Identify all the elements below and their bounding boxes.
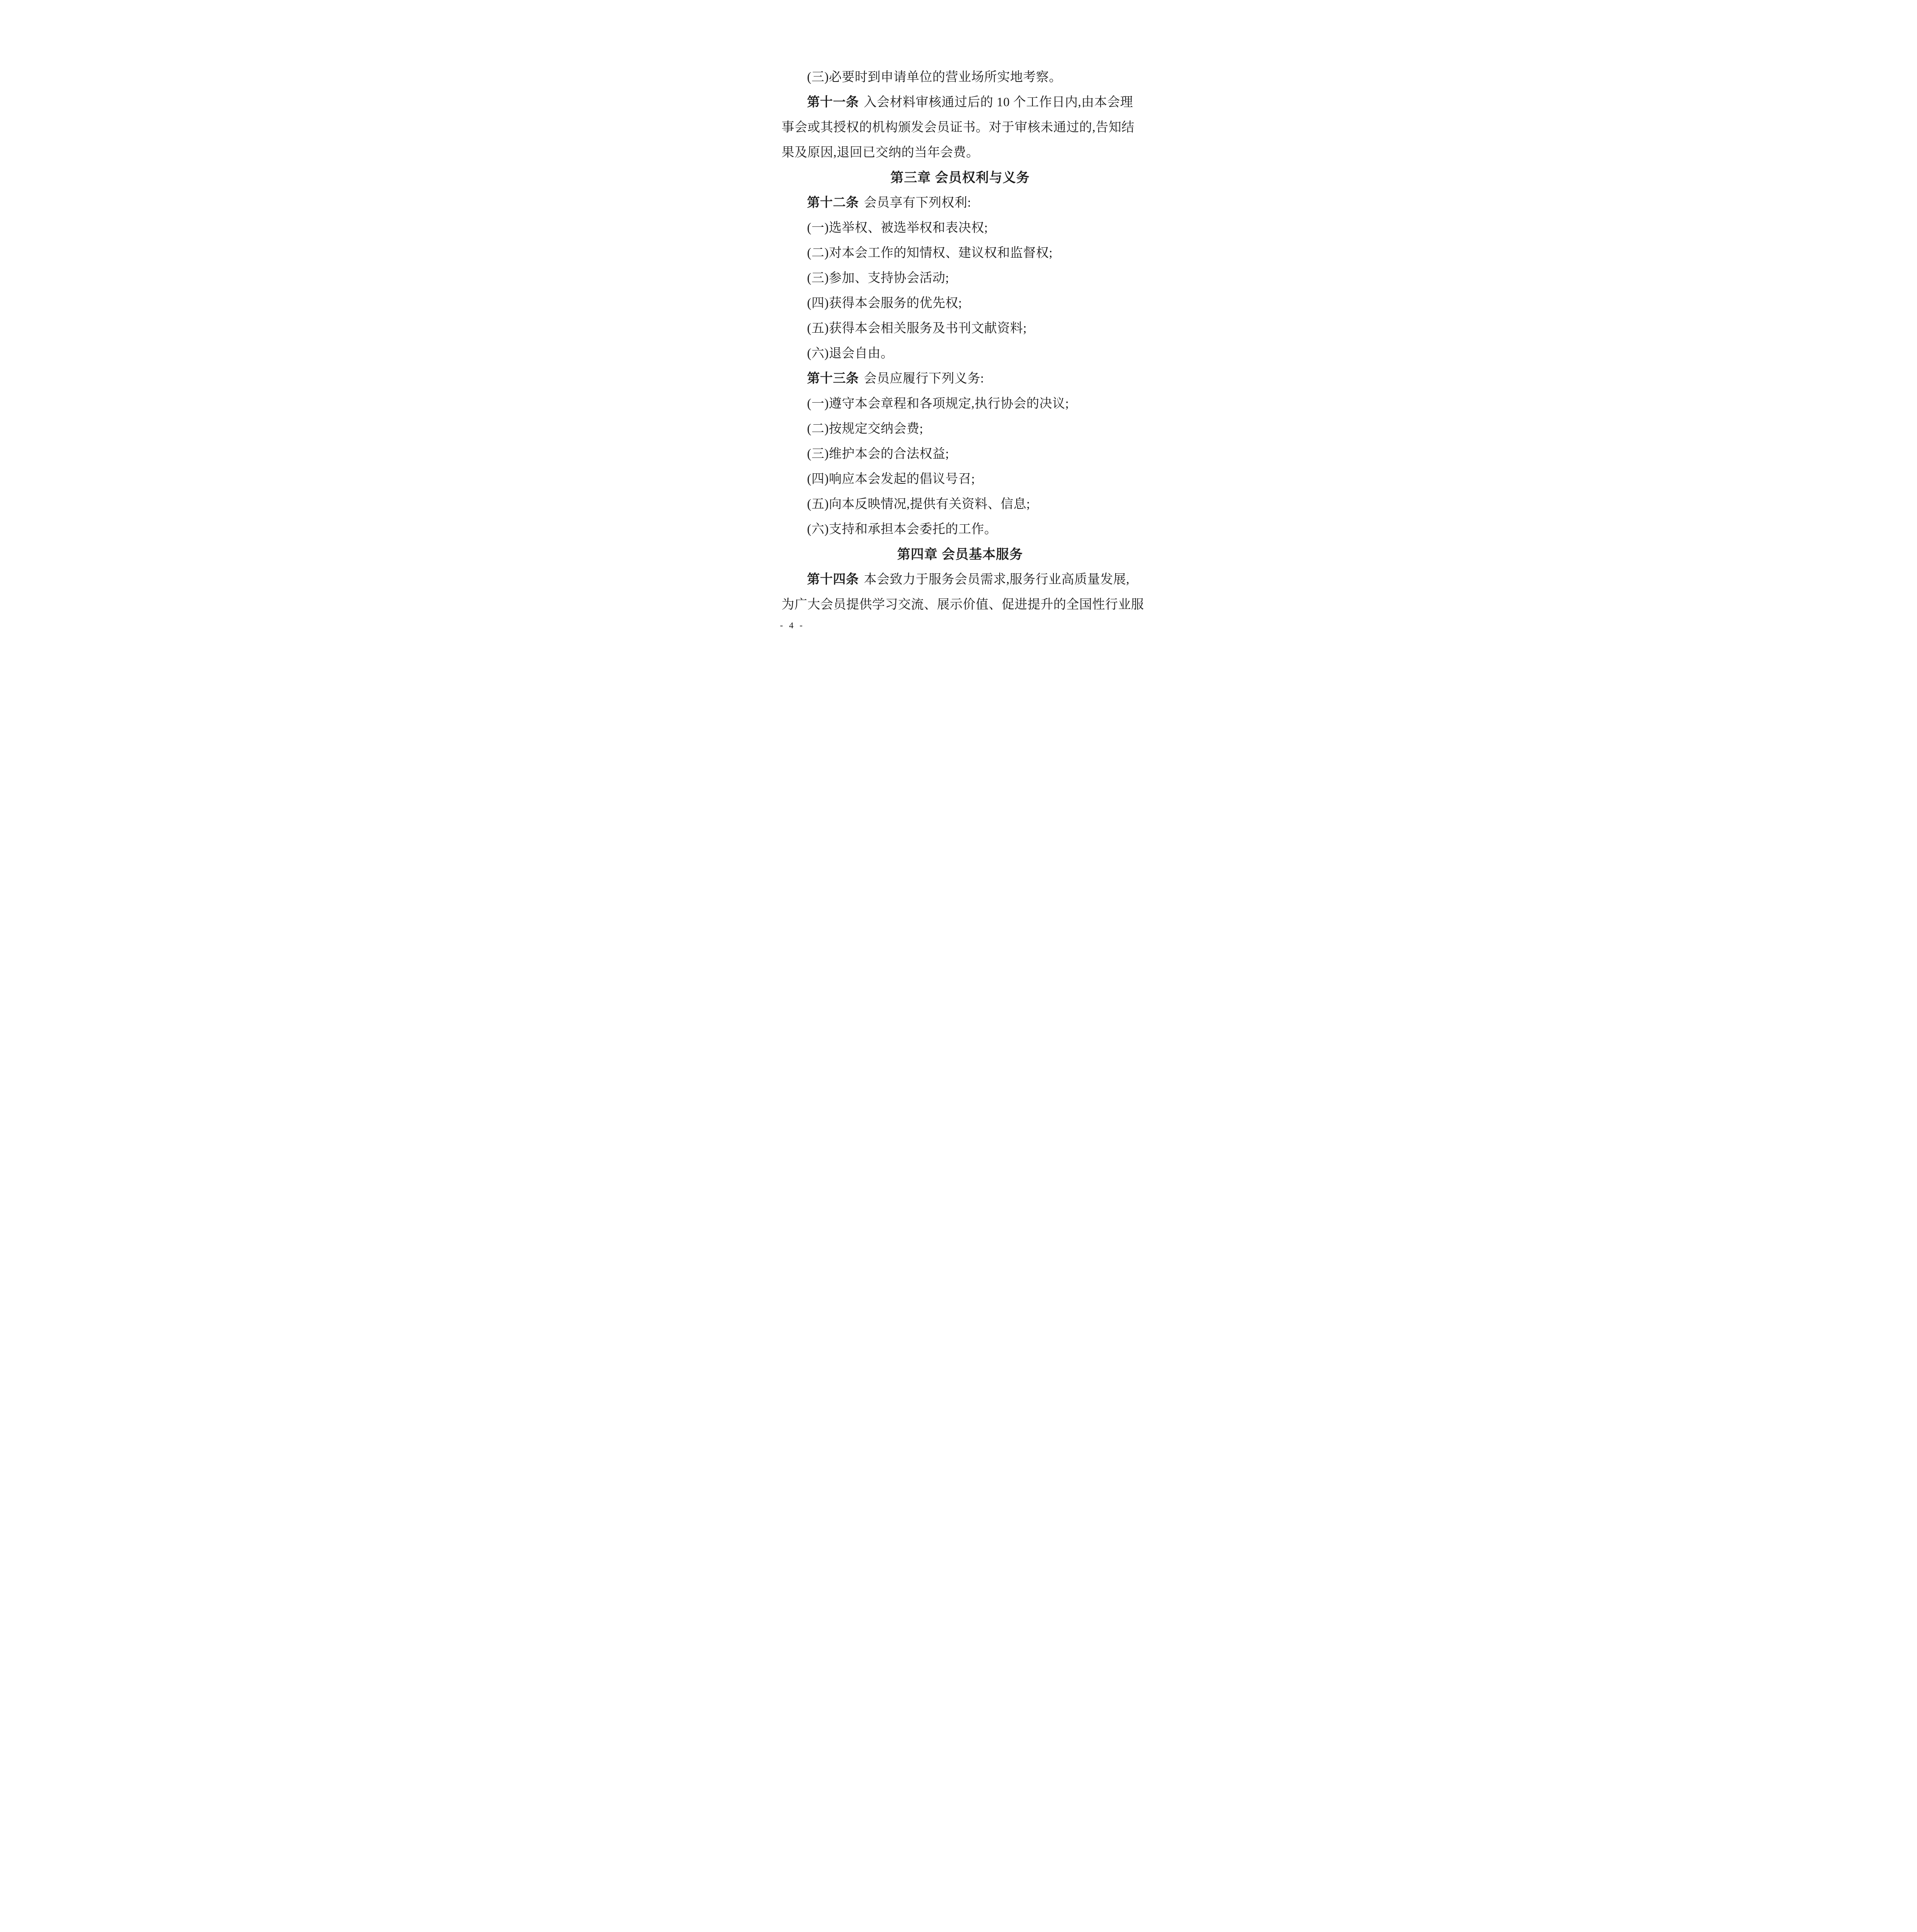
paragraph-line: (三)必要时到申请单位的营业场所实地考察。 (782, 68, 1164, 92)
list-item-line: (六)退会自由。 (782, 345, 1164, 368)
article-lead: 第十四条 (807, 573, 859, 587)
paragraph-line: 第十二条会员享有下列权利: (782, 194, 1164, 217)
article-lead: 第十三条 (807, 372, 859, 386)
line-text: 入会材料审核通过后的 10 个工作日内,由本会理 (864, 95, 1133, 109)
line-text: 事会或其授权的机构颁发会员证书。对于审核未通过的,告知结 (782, 121, 1135, 134)
chapter-heading-4: 第四章 会员基本服务 (782, 546, 1139, 563)
line-text: 为广大会员提供学习交流、展示价值、促进提升的全国性行业服 (782, 598, 1144, 612)
line-text: (二)按规定交纳会费; (807, 422, 924, 436)
line-text: (五)获得本会相关服务及书刊文献资料; (807, 321, 1027, 335)
page-number: - 4 - (780, 621, 805, 631)
line-text: (四)响应本会发起的倡议号召; (807, 472, 975, 486)
paragraph-line: 第十三条会员应履行下列义务: (782, 370, 1164, 393)
chapter-heading-3: 第三章 会员权利与义务 (782, 169, 1139, 187)
line-text: (六)支持和承担本会委托的工作。 (807, 522, 997, 536)
list-item-line: (四)获得本会服务的优先权; (782, 294, 1164, 318)
line-text: 本会致力于服务会员需求,服务行业高质量发展, (864, 573, 1130, 587)
list-item-line: (二)按规定交纳会费; (782, 420, 1164, 443)
article-lead: 第十二条 (807, 196, 859, 210)
list-item-line: (一)选举权、被选举权和表决权; (782, 219, 1164, 242)
line-text: (一)选举权、被选举权和表决权; (807, 221, 988, 235)
line-text: (三)必要时到申请单位的营业场所实地考察。 (807, 70, 1062, 84)
paragraph-line: 为广大会员提供学习交流、展示价值、促进提升的全国性行业服 (782, 596, 1139, 619)
line-text: (三)参加、支持协会活动; (807, 271, 949, 285)
list-item-line: (一)遵守本会章程和各项规定,执行协会的决议; (782, 395, 1164, 418)
list-item-line: (五)向本反映情况,提供有关资料、信息; (782, 495, 1164, 519)
list-item-line: (三)维护本会的合法权益; (782, 445, 1164, 468)
line-text: 果及原因,退回已交纳的当年会费。 (782, 146, 979, 160)
line-text: (三)维护本会的合法权益; (807, 447, 949, 461)
paragraph-line: 果及原因,退回已交纳的当年会费。 (782, 144, 1139, 167)
paragraph-line: 第十四条本会致力于服务会员需求,服务行业高质量发展, (782, 571, 1164, 594)
list-item-line: (五)获得本会相关服务及书刊文献资料; (782, 320, 1164, 343)
paragraph-line: 事会或其授权的机构颁发会员证书。对于审核未通过的,告知结 (782, 119, 1139, 142)
line-text: 会员享有下列权利: (864, 196, 971, 210)
document-page: (三)必要时到申请单位的营业场所实地考察。 第十一条入会材料审核通过后的 10 … (719, 0, 1198, 678)
article-lead: 第十一条 (807, 95, 859, 109)
line-text: (五)向本反映情况,提供有关资料、信息; (807, 497, 1030, 511)
line-text: (六)退会自由。 (807, 347, 894, 361)
line-text: (二)对本会工作的知情权、建议权和监督权; (807, 246, 1053, 260)
list-item-line: (二)对本会工作的知情权、建议权和监督权; (782, 244, 1164, 267)
chapter-title: 第四章 会员基本服务 (897, 547, 1023, 562)
list-item-line: (四)响应本会发起的倡议号召; (782, 470, 1164, 493)
chapter-title: 第三章 会员权利与义务 (890, 170, 1029, 185)
list-item-line: (六)支持和承担本会委托的工作。 (782, 520, 1164, 544)
line-text: (四)获得本会服务的优先权; (807, 296, 962, 310)
line-text: (一)遵守本会章程和各项规定,执行协会的决议; (807, 397, 1069, 411)
list-item-line: (三)参加、支持协会活动; (782, 269, 1164, 293)
paragraph-line: 第十一条入会材料审核通过后的 10 个工作日内,由本会理 (782, 94, 1164, 117)
line-text: 会员应履行下列义务: (864, 372, 984, 386)
